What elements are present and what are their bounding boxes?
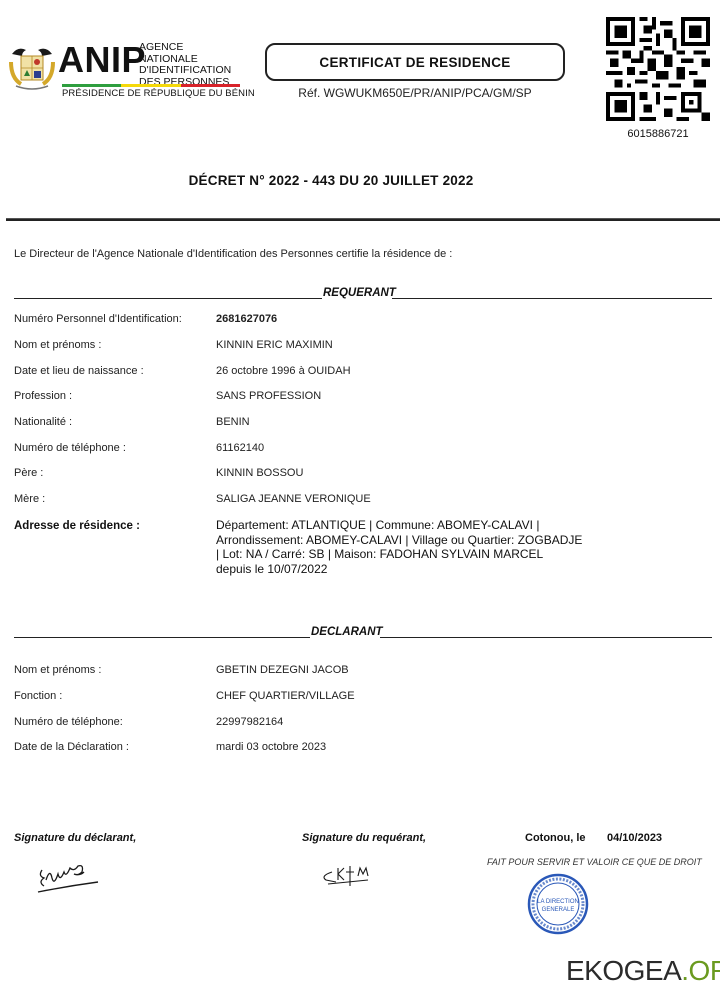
decree-heading: DÉCRET N° 2022 - 443 DU 20 JUILLET 2022 — [0, 173, 662, 188]
field-label: Nom et prénoms : — [14, 664, 101, 676]
official-stamp-icon: LA DIRECTION GENERALE — [526, 872, 590, 936]
address-line: depuis le 10/07/2022 — [216, 562, 616, 577]
address-line: Département: ATLANTIQUE | Commune: ABOME… — [216, 518, 616, 533]
field-label: Numéro de téléphone : — [14, 442, 126, 454]
field-label: Numéro de téléphone: — [14, 716, 123, 728]
watermark-main: EKOGEA — [566, 955, 681, 986]
header-divider — [6, 218, 720, 221]
validity-mention: FAIT POUR SERVIR ET VALOIR CE QUE DE DRO… — [487, 857, 702, 867]
address-label: Adresse de résidence : — [14, 520, 140, 532]
field-value: 2681627076 — [216, 313, 277, 325]
intro-statement: Le Directeur de l'Agence Nationale d'Ide… — [14, 248, 452, 260]
field-value: KINNIN BOSSOU — [216, 467, 303, 479]
section-rule-right — [392, 298, 712, 299]
address-line: Arrondissement: ABOMEY-CALAVI | Village … — [216, 533, 616, 548]
requerant-section-header: REQUERANT — [14, 285, 712, 299]
anip-wordmark: ANIP — [58, 40, 146, 80]
agency-name: AGENCE NATIONALE D'IDENTIFICATION DES PE… — [139, 42, 242, 88]
qr-code-icon — [606, 17, 710, 121]
field-label: Numéro Personnel d'Identification: — [14, 313, 182, 325]
flag-green — [62, 84, 121, 87]
ekogea-watermark: EKOGEA.ORG — [566, 955, 720, 987]
requerant-signature-icon — [318, 862, 376, 892]
declarant-signature-label: Signature du déclarant, — [14, 832, 136, 844]
field-value: CHEF QUARTIER/VILLAGE — [216, 690, 355, 702]
section-label: REQUERANT — [322, 287, 397, 299]
reference-number: Réf. WGWUKM650E/PR/ANIP/PCA/GM/SP — [265, 86, 565, 100]
declarant-signature-icon — [34, 860, 106, 896]
benin-coat-of-arms-icon — [6, 42, 58, 94]
agency-line-1: AGENCE NATIONALE — [139, 42, 242, 65]
field-label: Nom et prénoms : — [14, 339, 101, 351]
issue-date: 04/10/2023 — [607, 832, 662, 844]
svg-text:LA DIRECTION: LA DIRECTION — [537, 899, 579, 905]
field-label: Date de la Déclaration : — [14, 741, 129, 753]
section-label: DECLARANT — [310, 626, 384, 638]
section-rule-left — [14, 637, 310, 638]
certificate-title: CERTIFICAT DE RESIDENCE — [265, 43, 565, 81]
declarant-section-header: DECLARANT — [14, 624, 712, 638]
place-label: Cotonou, le — [525, 832, 586, 844]
agency-line-2: D'IDENTIFICATION — [139, 65, 242, 77]
presidence-label: PRÉSIDENCE DE RÉPUBLIQUE DU BÉNIN — [62, 88, 255, 99]
address-line: | Lot: NA / Carré: SB | Maison: FADOHAN … — [216, 547, 616, 562]
field-label: Mère : — [14, 493, 45, 505]
flag-color-bar — [62, 84, 240, 87]
field-label: Date et lieu de naissance : — [14, 365, 144, 377]
field-value: KINNIN ERIC MAXIMIN — [216, 339, 333, 351]
svg-text:GENERALE: GENERALE — [542, 907, 575, 913]
flag-yellow — [121, 84, 180, 87]
watermark-suffix: .ORG — [681, 955, 720, 986]
field-label: Profession : — [14, 390, 72, 402]
field-value: mardi 03 octobre 2023 — [216, 741, 326, 753]
field-value: SANS PROFESSION — [216, 390, 321, 402]
field-value: SALIGA JEANNE VERONIQUE — [216, 493, 371, 505]
qr-code-number: 6015886721 — [600, 128, 716, 140]
section-rule-right — [380, 637, 712, 638]
field-value: 26 octobre 1996 à OUIDAH — [216, 365, 351, 377]
field-value: 61162140 — [216, 442, 264, 454]
section-rule-left — [14, 298, 322, 299]
field-value: GBETIN DEZEGNI JACOB — [216, 664, 349, 676]
field-value: BENIN — [216, 416, 250, 428]
field-label: Nationalité : — [14, 416, 72, 428]
address-value: Département: ATLANTIQUE | Commune: ABOME… — [216, 518, 616, 576]
field-label: Fonction : — [14, 690, 62, 702]
requerant-signature-label: Signature du requérant, — [302, 832, 426, 844]
field-value: 22997982164 — [216, 716, 283, 728]
field-label: Père : — [14, 467, 43, 479]
anip-logo: ANIP AGENCE NATIONALE D'IDENTIFICATION D… — [6, 40, 242, 96]
flag-red — [181, 84, 240, 87]
